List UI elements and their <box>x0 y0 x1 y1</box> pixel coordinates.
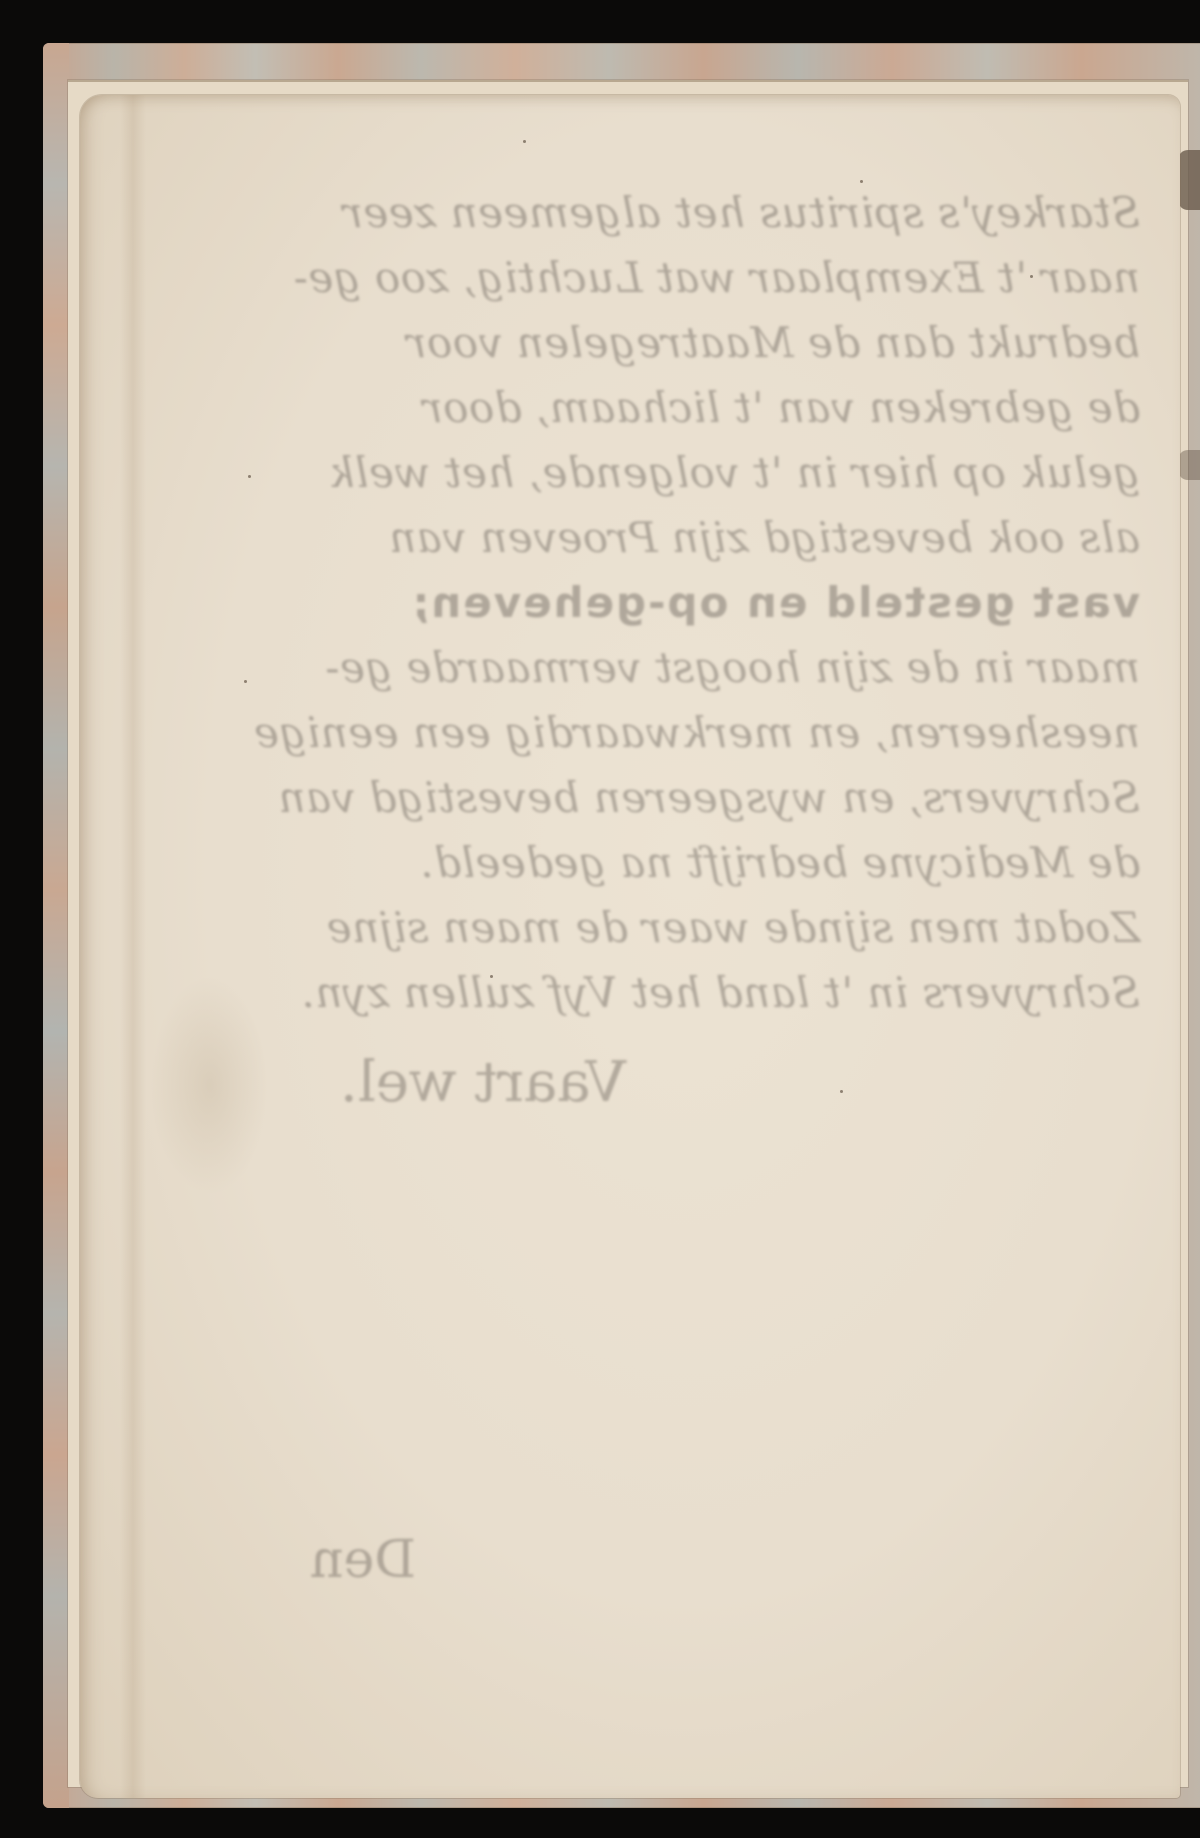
offset-line: de gebreken van 't lichaam, door <box>240 375 1140 440</box>
offset-line: maar in de zijn hoogst vermaarde ge- <box>240 635 1140 700</box>
offset-catchword: Den <box>310 1530 416 1590</box>
offset-farewell: Vaart wel. <box>340 1050 626 1115</box>
offset-line: bedrukt dan de Maatregelen voor <box>240 310 1140 375</box>
offset-line: als ook bevestigd zijn Proeven van <box>240 505 1140 570</box>
offset-line: naar 't Exemplaar wat Luchtig, zoo ge- <box>240 245 1140 310</box>
offset-line: Schryvers, en wysgeeren bevestigd van <box>240 765 1140 830</box>
offset-line: Zodat men sijnde waer de maen sijne <box>240 895 1140 960</box>
paper-speck <box>523 140 526 143</box>
marbled-cover-spine-edge <box>43 43 69 1808</box>
book-scan: Starkey's spiritus het algemeen zeer naa… <box>0 0 1200 1838</box>
offset-line: geluk op hier in 't volgende, het welk <box>240 440 1140 505</box>
offset-line: Schryvers in 't land het Vyf zullen zyn. <box>240 960 1140 1025</box>
paper-speck <box>244 680 247 683</box>
binding-thread-knot <box>1178 450 1200 480</box>
paper-speck <box>1030 275 1033 278</box>
offset-line: de Medicyne bedrijft na gedeeld. <box>240 830 1140 895</box>
offset-line: Starkey's spiritus het algemeen zeer <box>240 180 1140 245</box>
paper-speck <box>248 475 251 478</box>
offset-line: vast gesteld en op-geheven; <box>240 570 1140 635</box>
offset-line: neesheeren, en merkwaardig een eenige <box>240 700 1140 765</box>
paper-speck <box>840 1090 843 1093</box>
binding-thread-knot <box>1178 150 1200 210</box>
paper-speck <box>490 975 493 978</box>
paper-speck <box>860 180 863 183</box>
offset-text-block: Starkey's spiritus het algemeen zeer naa… <box>240 180 1140 1025</box>
